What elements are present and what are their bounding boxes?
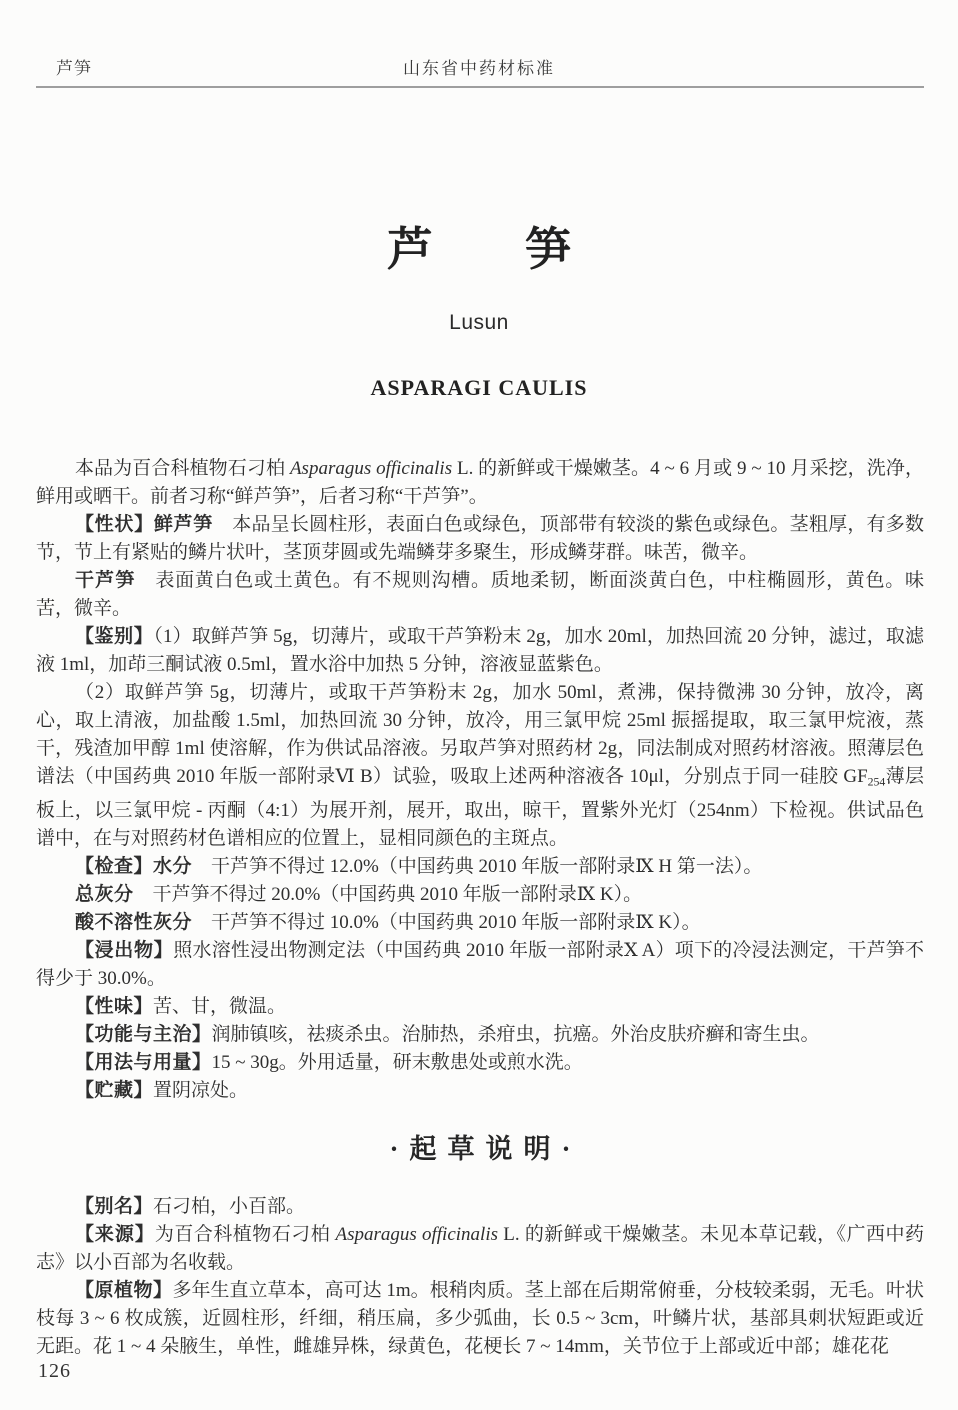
- text-segment: Asparagus officinalis: [290, 458, 452, 479]
- text-segment: 石刁柏，小百部。: [153, 1196, 305, 1217]
- paragraph: 【性状】鲜芦笋 本品呈长圆柱形，表面白色或绿色，顶部带有较淡的紫色或绿色。茎粗厚…: [36, 511, 924, 567]
- paragraph: 【浸出物】照水溶性浸出物测定法（中国药典 2010 年版一部附录Ⅹ A）项下的冷…: [36, 937, 924, 993]
- paragraph: 【来源】为百合科植物石刁柏 Asparagus officinalis L. 的…: [36, 1221, 924, 1277]
- text-segment: 【鉴别】: [75, 626, 153, 647]
- running-header: 芦笋 山东省中药材标准: [36, 54, 922, 80]
- text-segment: 15 ~ 30g。外用适量，研末敷患处或煎水洗。: [211, 1052, 582, 1073]
- document-body: 本品为百合科植物石刁柏 Asparagus officinalis L. 的新鲜…: [36, 455, 924, 1361]
- paragraph: （2）取鲜芦笋 5g，切薄片，或取干芦笋粉末 2g，加水 50ml，煮沸，保持微…: [36, 679, 924, 853]
- paragraph: 【检查】水分 干芦笋不得过 12.0%（中国药典 2010 年版一部附录Ⅸ H …: [36, 853, 924, 881]
- text-segment: 【贮藏】: [75, 1080, 153, 1101]
- paragraph: 【别名】石刁柏，小百部。: [36, 1193, 924, 1221]
- text-segment: 干芦笋不得过 20.0%（中国药典 2010 年版一部附录Ⅸ K）。: [133, 884, 642, 905]
- text-segment: 酸不溶性灰分: [75, 912, 192, 933]
- draft-notes-heading: ·起草说明·: [36, 1135, 924, 1163]
- text-segment: 【浸出物】: [75, 940, 173, 961]
- text-segment: 【来源】: [75, 1224, 155, 1245]
- paragraph: 本品为百合科植物石刁柏 Asparagus officinalis L. 的新鲜…: [36, 455, 924, 511]
- text-segment: 为百合科植物石刁柏: [155, 1224, 336, 1245]
- text-segment: 置阴凉处。: [153, 1080, 248, 1101]
- header-standard-title: 山东省中药材标准: [36, 54, 922, 79]
- text-segment: Asparagus officinalis: [335, 1224, 498, 1245]
- text-segment: 【用法与用量】: [75, 1052, 212, 1073]
- text-segment: 【性味】: [75, 996, 153, 1017]
- text-segment: 干芦笋不得过 10.0%（中国药典 2010 年版一部附录Ⅸ K）。: [192, 912, 701, 933]
- paragraph: 【用法与用量】15 ~ 30g。外用适量，研末敷患处或煎水洗。: [36, 1049, 924, 1077]
- paragraph: 酸不溶性灰分 干芦笋不得过 10.0%（中国药典 2010 年版一部附录Ⅸ K）…: [36, 909, 924, 937]
- text-segment: （1）取鲜芦笋 5g，切薄片，或取干芦笋粉末 2g，加水 20ml，加热回流 2…: [36, 626, 924, 675]
- text-segment: 【别名】: [75, 1196, 153, 1217]
- paragraph: 【原植物】多年生直立草本，高可达 1m。根稍肉质。茎上部在后期常俯垂，分枝较柔弱…: [36, 1277, 924, 1361]
- text-segment: 【原植物】: [75, 1280, 173, 1301]
- paragraph: 总灰分 干芦笋不得过 20.0%（中国药典 2010 年版一部附录Ⅸ K）。: [36, 881, 924, 909]
- header-rule: [36, 86, 924, 88]
- draft-notes-section: 【别名】石刁柏，小百部。【来源】为百合科植物石刁柏 Asparagus offi…: [36, 1193, 924, 1361]
- text-segment: 总灰分: [75, 884, 134, 905]
- title-latin: ASPARAGI CAULIS: [0, 375, 958, 401]
- text-segment: 本品为百合科植物石刁柏: [75, 458, 290, 479]
- text-segment: 润肺镇咳，祛痰杀虫。治肺热，杀疳虫，抗癌。外治皮肤疥癣和寄生虫。: [211, 1024, 819, 1045]
- paragraph: 【鉴别】（1）取鲜芦笋 5g，切薄片，或取干芦笋粉末 2g，加水 20ml，加热…: [36, 623, 924, 679]
- text-segment: （2）取鲜芦笋 5g，切薄片，或取干芦笋粉末 2g，加水 50ml，煮沸，保持微…: [36, 682, 924, 787]
- text-segment: 【性状】鲜芦笋: [75, 514, 213, 535]
- monograph-section: 本品为百合科植物石刁柏 Asparagus officinalis L. 的新鲜…: [36, 455, 924, 1105]
- text-segment: 【检查】水分: [75, 856, 192, 877]
- text-segment: 表面黄白色或土黄色。有不规则沟槽。质地柔韧，断面淡黄白色，中柱椭圆形，黄色。味苦…: [36, 570, 924, 619]
- text-segment: 【功能与主治】: [75, 1024, 212, 1045]
- title-pinyin: Lusun: [0, 311, 958, 335]
- paragraph: 干芦笋 表面黄白色或土黄色。有不规则沟槽。质地柔韧，断面淡黄白色，中柱椭圆形，黄…: [36, 567, 924, 623]
- paragraph: 【贮藏】置阴凉处。: [36, 1077, 924, 1105]
- text-segment: 254: [868, 776, 886, 789]
- paragraph: 【功能与主治】润肺镇咳，祛痰杀虫。治肺热，杀疳虫，抗癌。外治皮肤疥癣和寄生虫。: [36, 1021, 924, 1049]
- text-segment: 干芦笋: [75, 570, 136, 591]
- document-page: 芦笋 山东省中药材标准 芦 笋 Lusun ASPARAGI CAULIS 本品…: [0, 0, 958, 1410]
- text-segment: 干芦笋不得过 12.0%（中国药典 2010 年版一部附录Ⅸ H 第一法）。: [192, 856, 762, 877]
- page-title: 芦 笋: [0, 222, 958, 277]
- text-segment: 苦、甘，微温。: [153, 996, 286, 1017]
- paragraph: 【性味】苦、甘，微温。: [36, 993, 924, 1021]
- page-number: 126: [38, 1360, 71, 1383]
